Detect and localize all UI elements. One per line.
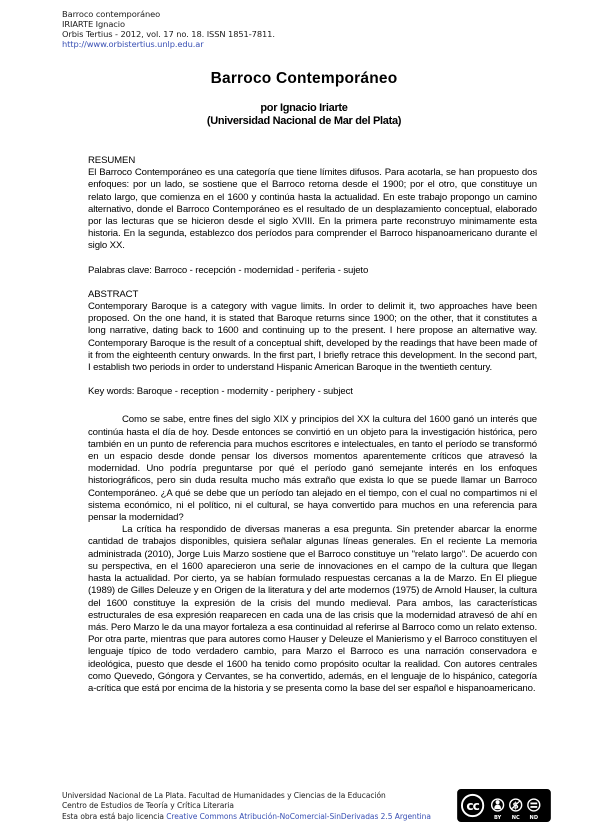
keywords-es: Palabras clave: Barroco - recepción - mo… — [88, 265, 537, 277]
footer-center: Centro de Estudios de Teoría y Crítica L… — [62, 801, 431, 811]
body-paragraph-2: La crítica ha respondido de diversas man… — [88, 524, 537, 695]
page-title: Barroco Contemporáneo — [20, 70, 588, 88]
journal-url-link[interactable]: http://www.orbistertius.unlp.edu.ar — [62, 39, 275, 49]
footer: Universidad Nacional de La Plata. Facult… — [62, 791, 431, 822]
abstract-label: ABSTRACT — [88, 289, 537, 301]
keywords-en: Key words: Baroque - reception - moderni… — [88, 386, 537, 398]
article-body: RESUMEN El Barroco Contemporáneo es una … — [88, 155, 537, 695]
header-journal-info: Orbis Tertius - 2012, vol. 17 no. 18. IS… — [62, 29, 275, 39]
author-byline: por Ignacio Iriarte — [20, 102, 588, 115]
nd-label: ND — [530, 815, 539, 821]
footer-license-line: Esta obra está bajo licencia Creative Co… — [62, 812, 431, 822]
nc-label: NC — [512, 815, 520, 821]
byline: por Ignacio Iriarte (Universidad Naciona… — [20, 102, 588, 127]
header-article-title: Barroco contemporáneo — [62, 9, 275, 19]
body-paragraph-1: Como se sabe, entre fines del siglo XIX … — [88, 414, 537, 524]
cc-license-badge[interactable]: cc $ BY NC ND — [457, 789, 551, 822]
resumen-text: El Barroco Contemporáneo es una categorí… — [88, 167, 537, 252]
resumen-label: RESUMEN — [88, 155, 537, 167]
header-citation: Barroco contemporáneo IRIARTE Ignacio Or… — [62, 9, 275, 49]
svg-text:cc: cc — [466, 799, 479, 813]
cc-license-link[interactable]: Creative Commons Atribución-NoComercial-… — [166, 812, 431, 821]
article-page: { "page": { "background": "#ffffff", "li… — [0, 0, 592, 838]
abstract-text: Contemporary Baroque is a category with … — [88, 301, 537, 374]
header-author: IRIARTE Ignacio — [62, 19, 275, 29]
license-prefix: Esta obra está bajo licencia — [62, 812, 166, 821]
by-label: BY — [494, 815, 502, 821]
author-affiliation: (Universidad Nacional de Mar del Plata) — [20, 115, 588, 128]
footer-institution: Universidad Nacional de La Plata. Facult… — [62, 791, 431, 801]
